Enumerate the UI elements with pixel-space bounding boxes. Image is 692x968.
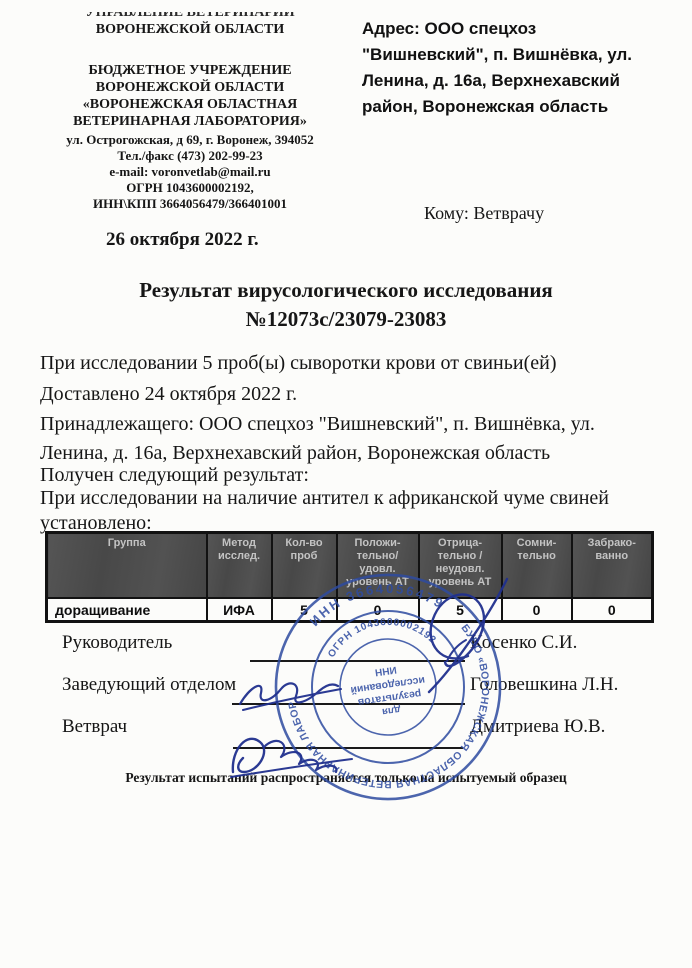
signature-line-vet [233,747,463,749]
results-table-data-row: доращивание ИФА 5 0 5 0 0 [47,598,653,622]
signature-role-vet: Ветврач [62,716,127,738]
document-title-line1: Результат вирусологического исследования [0,276,692,305]
signature-name-director: Косенко С.И. [470,632,577,654]
sender-org-name: БЮДЖЕТНОЕ УЧРЕЖДЕНИЕ ВОРОНЕЖСКОЙ ОБЛАСТИ… [40,62,340,130]
body-paragraph-samples: При исследовании 5 проб(ы) сыворотки кро… [40,349,664,378]
header-cell-doubtful: Сомни- тельно [502,533,572,599]
header-cell-negative: Отрица- тельно / неудовл. уровень АТ [419,533,502,599]
data-cell-method: ИФА [207,598,272,622]
header-cell-sample-count: Кол-во проб [272,533,337,599]
signature-role-dept-head: Заведующий отделом [62,674,236,696]
sender-org-line2: ВОРОНЕЖСКОЙ ОБЛАСТИ [40,79,340,96]
body-paragraph-owner: Принадлежащего: ООО спецхоз "Вишневский"… [40,410,664,468]
document-title-line2: №12073с/23079-23083 [0,305,692,334]
stamp-center-line2: результатов [356,687,422,708]
data-cell-sample-count: 5 [272,598,337,622]
signature-role-director: Руководитель [62,632,172,654]
stamp-center-line4: ИНН [374,664,397,678]
body-paragraph-delivered: Доставлено 24 октября 2022 г. [40,380,664,409]
sender-org-line3: «ВОРОНЕЖСКАЯ ОБЛАСТНАЯ [40,96,340,113]
sender-letterhead: УПРАВЛЕНИЕ ВЕТЕРИНАРИИ ВОРОНЕЖСКОЙ ОБЛАС… [40,12,340,212]
recipient-address: Адрес: ООО спецхоз "Вишневский", п. Вишн… [362,16,636,120]
signature-name-vet: Дмитриева Ю.В. [470,716,605,738]
data-cell-group: доращивание [47,598,207,622]
results-table-header-row: Группа Метод исслед. Кол-во проб Положи-… [47,533,653,599]
stamp-center-line1: для [381,704,401,717]
header-cell-positive: Положи- тельно/ удовл. уровень АТ [337,533,419,599]
data-cell-doubtful: 0 [502,598,572,622]
footer-disclaimer: Результат испытаний распространяется тол… [0,770,692,786]
sender-dept-line2: ВОРОНЕЖСКОЙ ОБЛАСТИ [40,22,340,38]
stamp-center-line3: исследований [350,674,426,696]
header-cell-method: Метод исслед. [207,533,272,599]
recipient-to-line: Кому: Ветврачу [424,203,544,224]
signature-line-director [250,660,465,662]
document-date: 26 октября 2022 г. [106,229,259,251]
stamp-inner-circle [334,633,442,741]
header-cell-rejected: Забрако- ванно [572,533,653,599]
sender-street-address: ул. Острогожская, д 69, г. Воронеж, 3940… [40,132,340,148]
sender-phone: Тел./факс (473) 202-99-23 [40,148,340,164]
data-cell-rejected: 0 [572,598,653,622]
sender-contacts: ул. Острогожская, д 69, г. Воронеж, 3940… [40,132,340,212]
sender-org-line4: ВЕТЕРИНАРНАЯ ЛАБОРАТОРИЯ» [40,113,340,130]
signature-line-dept-head [232,703,465,705]
sender-org-line1: БЮДЖЕТНОЕ УЧРЕЖДЕНИЕ [40,62,340,79]
data-cell-positive: 0 [337,598,419,622]
sender-email: e-mail: voronvetlab@mail.ru [40,164,340,180]
signature-name-dept-head: Головешкина Л.Н. [470,674,618,696]
sender-dept-line1: УПРАВЛЕНИЕ ВЕТЕРИНАРИИ [40,12,340,21]
body-paragraph-test-statement: При исследовании на наличие антител к аф… [40,486,664,536]
data-cell-negative: 5 [419,598,502,622]
document-page: УПРАВЛЕНИЕ ВЕТЕРИНАРИИ ВОРОНЕЖСКОЙ ОБЛАС… [0,0,692,968]
document-title: Результат вирусологического исследования… [0,276,692,334]
stamp-center-text: для результатов исследований ИНН [348,660,429,721]
sender-inn-kpp: ИНН\КПП 3664056479/366401001 [40,196,340,212]
dept-head-signature-ink [240,683,341,710]
results-table: Группа Метод исслед. Кол-во проб Положи-… [45,531,654,623]
header-cell-group: Группа [47,533,207,599]
sender-ogrn: ОГРН 1043600002192, [40,180,340,196]
sender-dept-line-clipped: УПРАВЛЕНИЕ ВЕТЕРИНАРИИ [40,12,340,22]
